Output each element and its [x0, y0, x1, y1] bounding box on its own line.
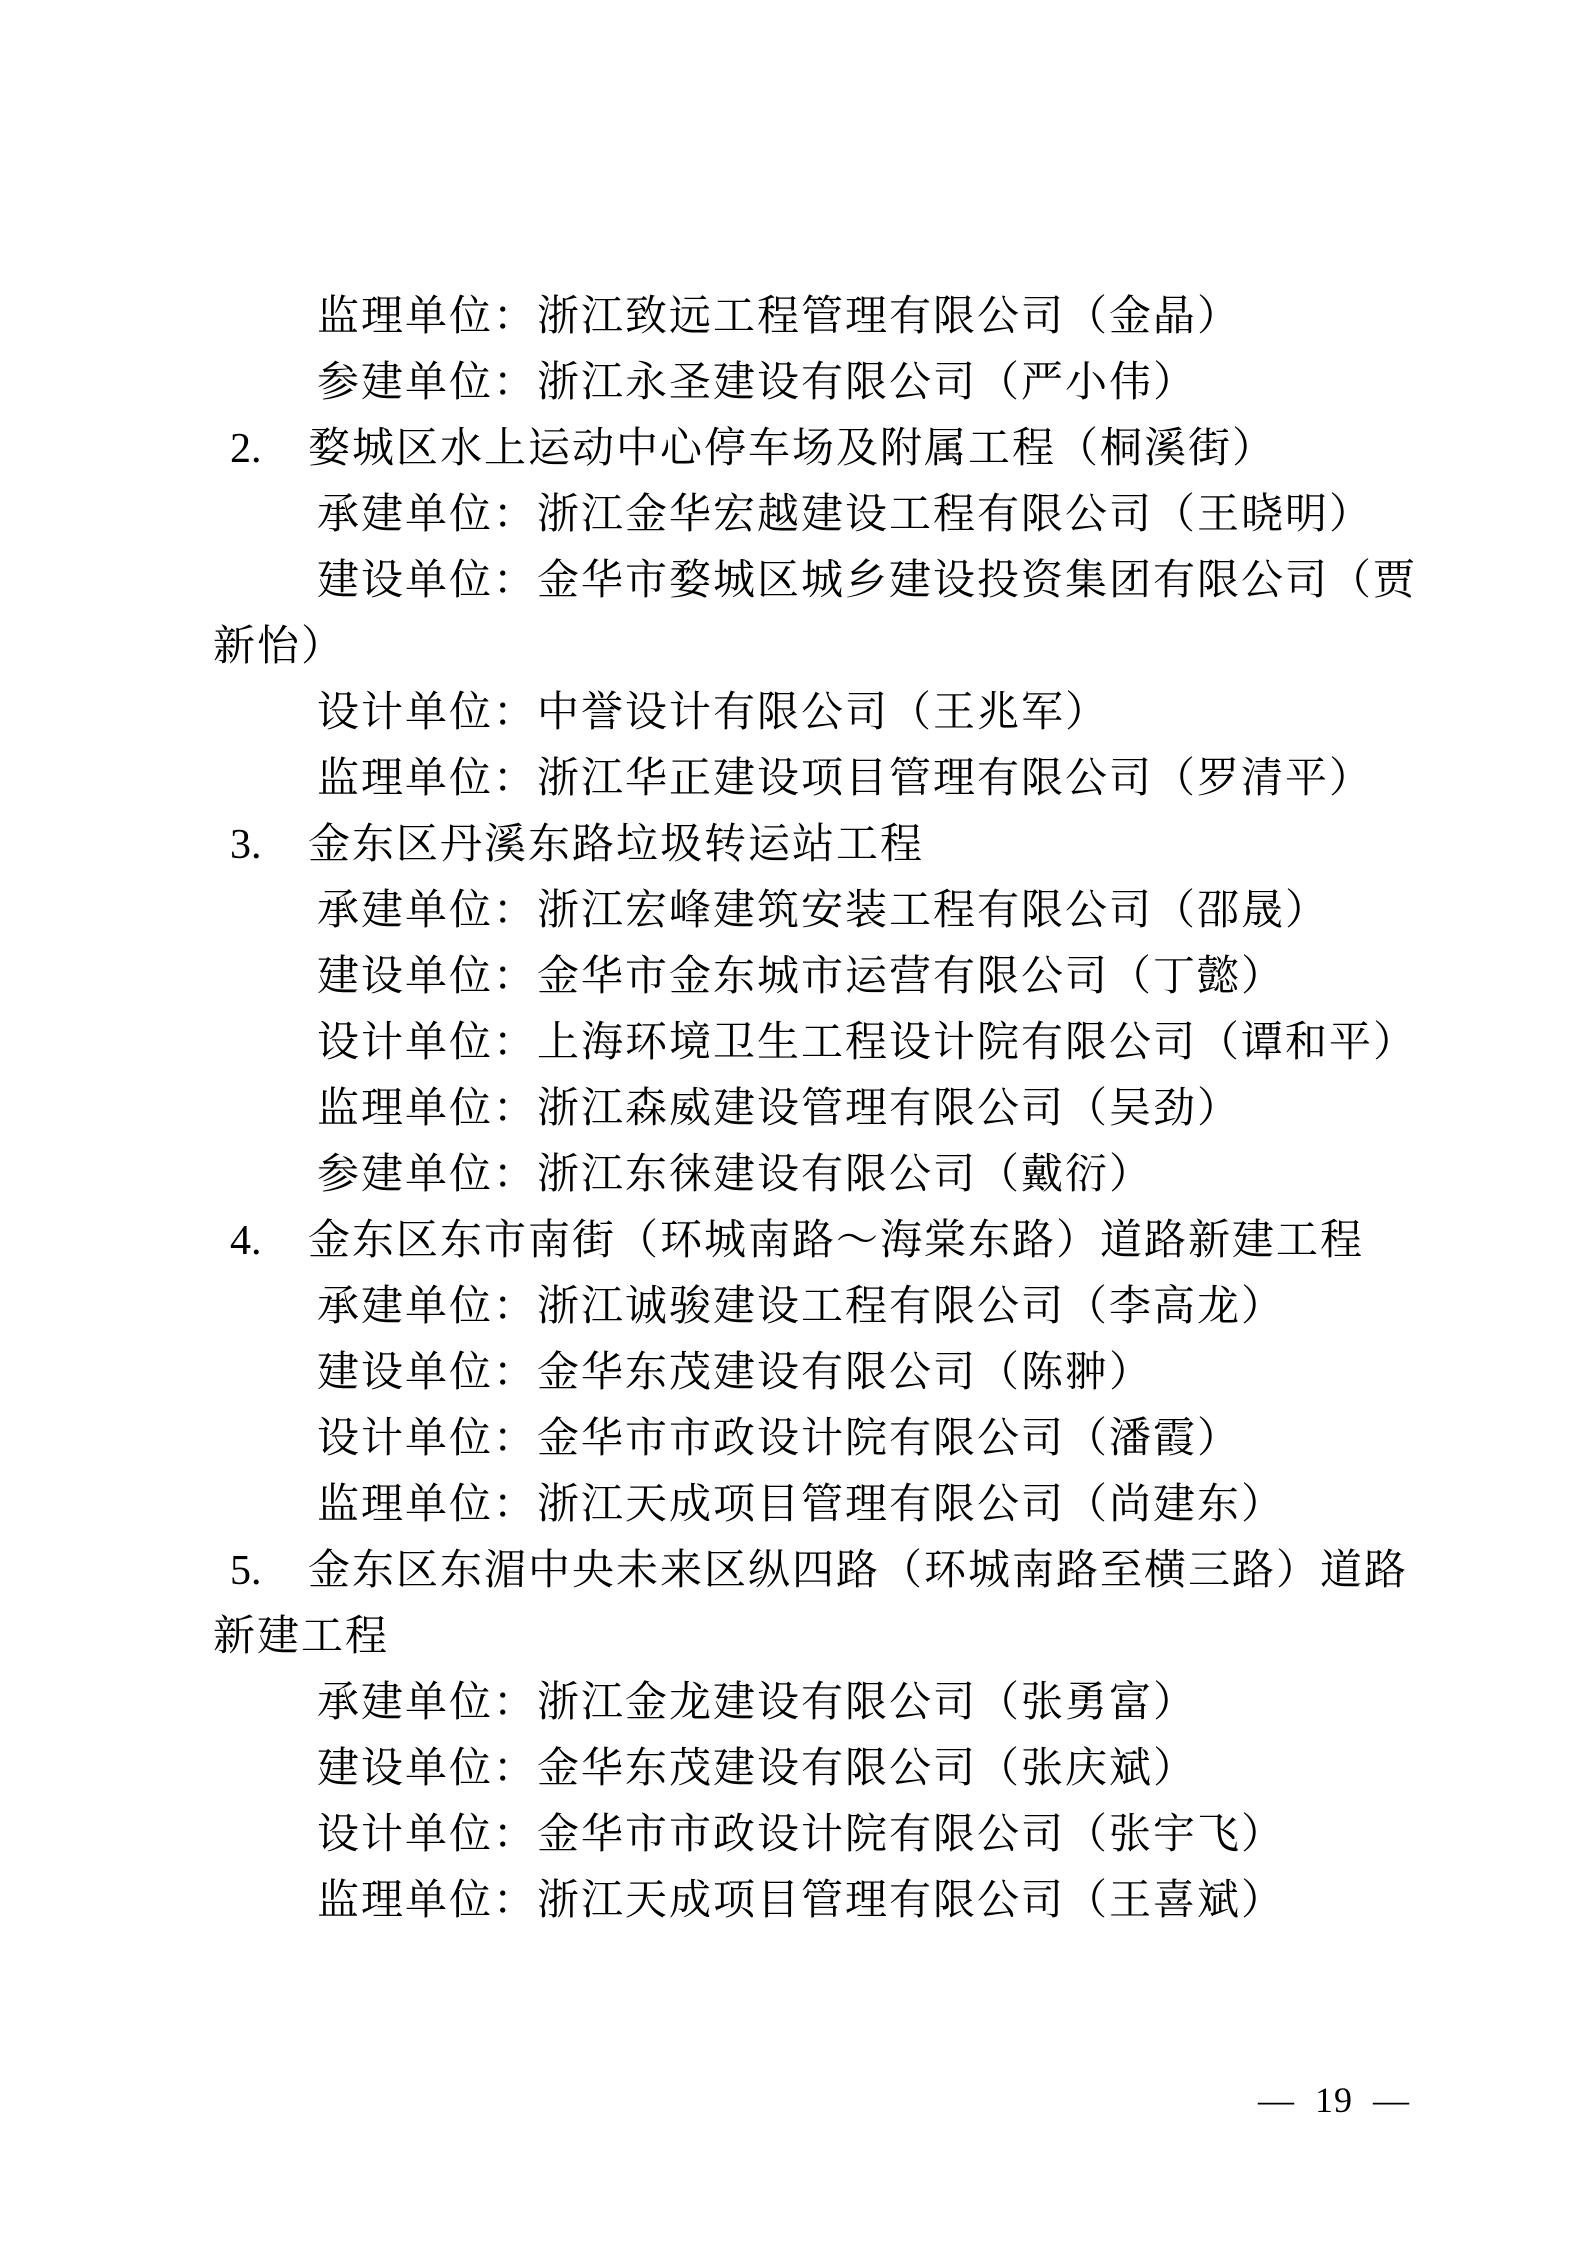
entry-line: 监理单位：浙江致远工程管理有限公司（金晶）	[213, 284, 1437, 350]
entry-line: 建设单位：金华市金东城市运营有限公司（丁懿）	[213, 944, 1437, 1010]
continuation-line: 新怡）	[213, 614, 1437, 680]
project-title-line: 2.婺城区水上运动中心停车场及附属工程（桐溪街）	[213, 416, 1437, 482]
entry-line: 建设单位：金华市婺城区城乡建设投资集团有限公司（贾	[213, 548, 1437, 614]
project-title: 金东区东湄中央未来区纵四路（环城南路至横三路）道路	[308, 1548, 1408, 1594]
entry-line: 监理单位：浙江华正建设项目管理有限公司（罗清平）	[213, 746, 1437, 812]
entry-line: 设计单位：金华市市政设计院有限公司（张宇飞）	[213, 1802, 1437, 1868]
project-number: 3.	[230, 812, 308, 878]
entry-line: 监理单位：浙江森威建设管理有限公司（吴劲）	[213, 1076, 1437, 1142]
entry-line: 参建单位：浙江永圣建设有限公司（严小伟）	[213, 350, 1437, 416]
project-number: 4.	[230, 1208, 308, 1274]
continuation-line: 新建工程	[213, 1604, 1437, 1670]
project-title: 金东区丹溪东路垃圾转运站工程	[308, 822, 924, 868]
entry-line: 承建单位：浙江诚骏建设工程有限公司（李高龙）	[213, 1274, 1437, 1340]
project-title-line: 3.金东区丹溪东路垃圾转运站工程	[213, 812, 1437, 878]
project-number: 5.	[230, 1538, 308, 1604]
project-title-line: 4.金东区东市南街（环城南路～海棠东路）道路新建工程	[213, 1208, 1437, 1274]
entry-line: 设计单位：中誉设计有限公司（王兆军）	[213, 680, 1437, 746]
entry-line: 监理单位：浙江天成项目管理有限公司（王喜斌）	[213, 1868, 1437, 1934]
entry-line: 设计单位：上海环境卫生工程设计院有限公司（谭和平）	[213, 1010, 1437, 1076]
page-number: — 19 —	[1258, 2078, 1410, 2122]
entry-line: 承建单位：浙江金华宏越建设工程有限公司（王晓明）	[213, 482, 1437, 548]
project-number: 2.	[230, 416, 308, 482]
entry-line: 承建单位：浙江宏峰建筑安装工程有限公司（邵晟）	[213, 878, 1437, 944]
document-page: 监理单位：浙江致远工程管理有限公司（金晶） 参建单位：浙江永圣建设有限公司（严小…	[0, 0, 1587, 2245]
document-body: 监理单位：浙江致远工程管理有限公司（金晶） 参建单位：浙江永圣建设有限公司（严小…	[213, 284, 1437, 1934]
entry-line: 参建单位：浙江东徕建设有限公司（戴衍）	[213, 1142, 1437, 1208]
entry-line: 建设单位：金华东茂建设有限公司（陈翀）	[213, 1340, 1437, 1406]
entry-line: 建设单位：金华东茂建设有限公司（张庆斌）	[213, 1736, 1437, 1802]
entry-line: 设计单位：金华市市政设计院有限公司（潘霞）	[213, 1406, 1437, 1472]
project-title: 婺城区水上运动中心停车场及附属工程（桐溪街）	[308, 426, 1276, 472]
project-title-line: 5.金东区东湄中央未来区纵四路（环城南路至横三路）道路	[213, 1538, 1437, 1604]
project-title: 金东区东市南街（环城南路～海棠东路）道路新建工程	[308, 1218, 1364, 1264]
entry-line: 承建单位：浙江金龙建设有限公司（张勇富）	[213, 1670, 1437, 1736]
entry-line: 监理单位：浙江天成项目管理有限公司（尚建东）	[213, 1472, 1437, 1538]
